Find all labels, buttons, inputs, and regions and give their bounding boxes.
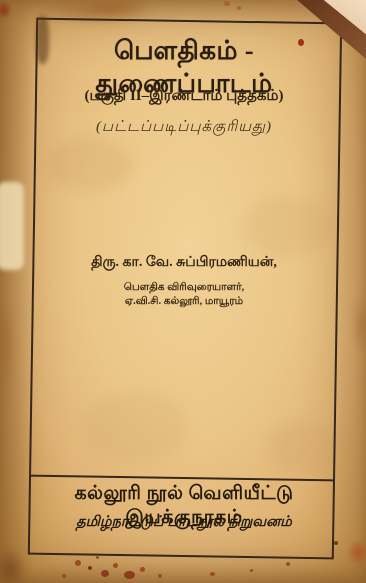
stain-speck — [286, 562, 290, 566]
stain-speck — [210, 572, 215, 576]
stain-speck — [140, 567, 145, 572]
paper-edge-shade-bottom — [0, 563, 366, 583]
divider-line — [29, 475, 335, 482]
stain-speck — [88, 566, 92, 570]
publisher-line-2: தமிழ்நாட்டுப் பாடநூல் நிறுவனம் — [32, 514, 336, 532]
stain-speck — [96, 556, 99, 559]
stain-speck — [75, 560, 81, 566]
author-role: பௌதிக விரிவுரையாளர், — [32, 281, 336, 294]
stain-right-middle — [352, 295, 366, 357]
stain-speck — [250, 569, 253, 572]
stain-speck — [62, 574, 66, 578]
author-affiliation: ஏ.வி.சி. கல்லூரி, மாயூரம் — [32, 295, 336, 308]
book-cover-page: பௌதிகம் - துணைப்பாடம் (பகுதி II–இரண்டாம்… — [0, 0, 366, 583]
stain-speck — [101, 570, 109, 577]
stain-speck — [124, 571, 135, 579]
stain-speck — [113, 563, 118, 568]
author-name: திரு. கா. வே. சுப்பிரமணியன், — [32, 255, 336, 272]
book-note-line: (பட்டப்படிப்புக்குரியது) — [32, 118, 336, 137]
stain-speck — [158, 574, 162, 578]
book-part-line: (பகுதி II–இரண்டாம் புத்தகம்) — [32, 87, 336, 106]
stain-speck — [334, 541, 338, 545]
